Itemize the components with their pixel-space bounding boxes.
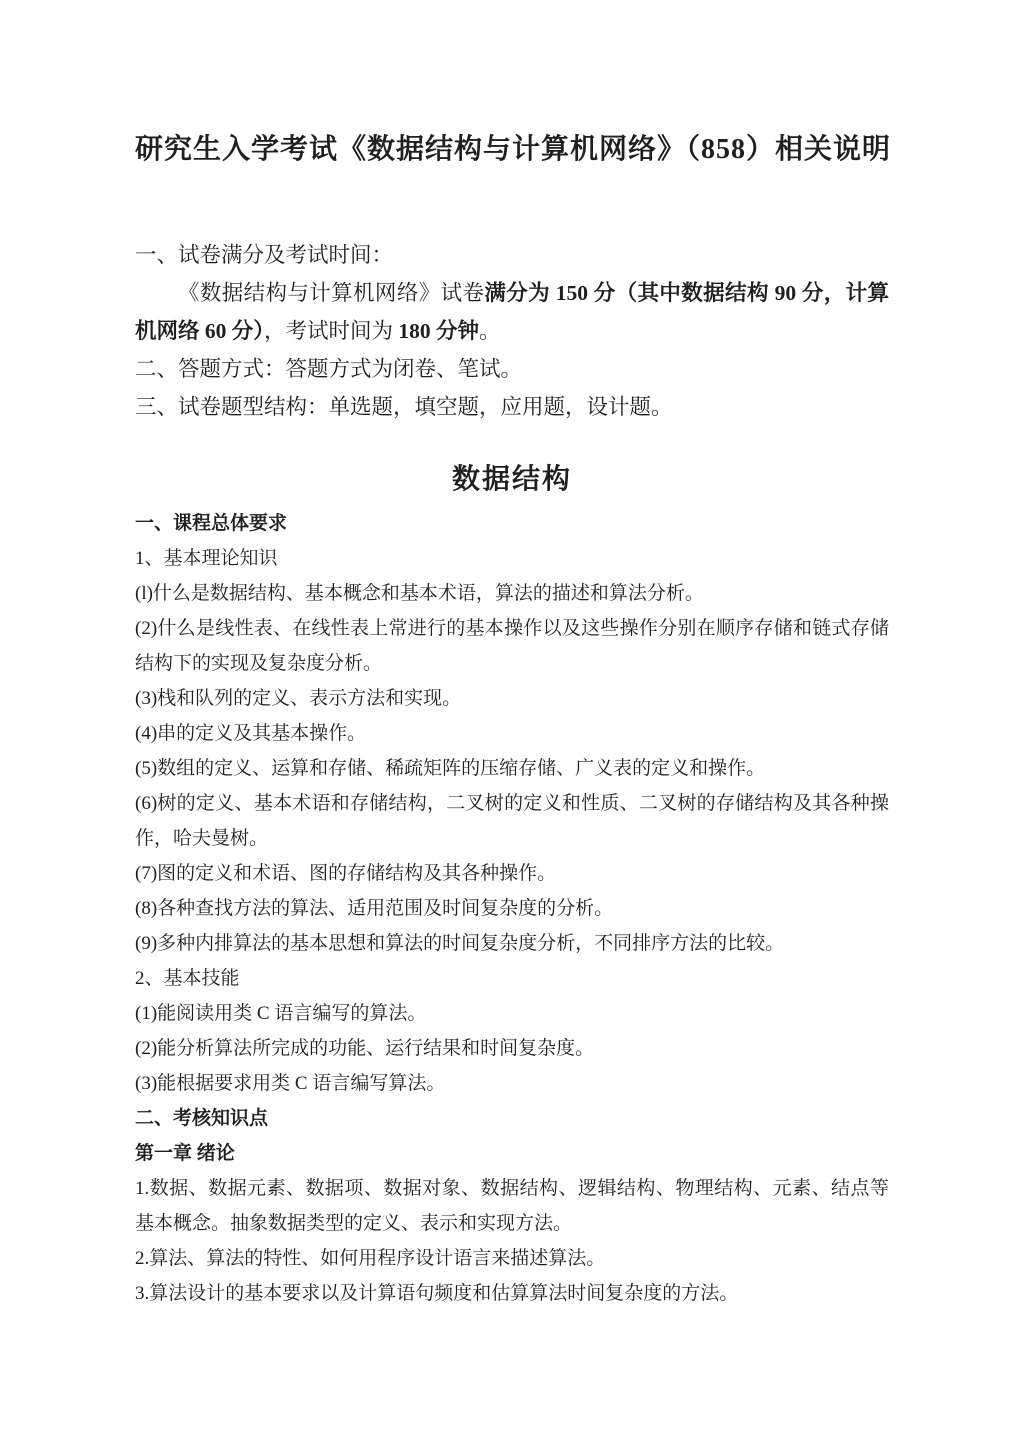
score-paragraph: 《数据结构与计算机网络》试卷满分为 150 分（其中数据结构 90 分，计算机网… [135, 274, 889, 350]
skills-item: (3)能根据要求用类 C 语言编写算法。 [135, 1066, 889, 1101]
basic-skills-heading: 2、基本技能 [135, 961, 889, 996]
question-types-line: 三、试卷题型结构：单选题，填空题，应用题，设计题。 [135, 388, 889, 426]
theory-item: (8)各种查找方法的算法、适用范围及时间复杂度的分析。 [135, 891, 889, 926]
theory-item: (7)图的定义和术语、图的存储结构及其各种操作。 [135, 856, 889, 891]
chapter1-item: 1.数据、数据元素、数据项、数据对象、数据结构、逻辑结构、物理结构、元素、结点等… [135, 1171, 889, 1241]
chapter1-item: 3.算法设计的基本要求以及计算语句频度和估算算法时间复杂度的方法。 [135, 1276, 889, 1311]
chapter1-heading: 第一章 绪论 [135, 1136, 889, 1171]
knowledge-points-heading: 二、考核知识点 [135, 1101, 889, 1136]
score-segment-5: 。 [479, 319, 501, 343]
theory-item: (9)多种内排算法的基本思想和算法的时间复杂度分析，不同排序方法的比较。 [135, 926, 889, 961]
data-structures-body: 一、课程总体要求 1、基本理论知识 (l)什么是数据结构、基本概念和基本术语，算… [135, 506, 889, 1311]
page-title: 研究生入学考试《数据结构与计算机网络》（858）相关说明 [135, 130, 889, 170]
chapter1-item: 2.算法、算法的特性、如何用程序设计语言来描述算法。 [135, 1241, 889, 1276]
score-segment-4: 180 分钟 [398, 319, 479, 343]
document-page: 研究生入学考试《数据结构与计算机网络》（858）相关说明 一、试卷满分及考试时间… [0, 0, 1024, 1448]
theory-item: (3)栈和队列的定义、表示方法和实现。 [135, 681, 889, 716]
skills-item: (1)能阅读用类 C 语言编写的算法。 [135, 996, 889, 1031]
theory-item: (5)数组的定义、运算和存储、稀疏矩阵的压缩存储、广义表的定义和操作。 [135, 751, 889, 786]
overall-requirements-heading: 一、课程总体要求 [135, 506, 889, 541]
answer-method-line: 二、答题方式：答题方式为闭卷、笔试。 [135, 350, 889, 388]
theory-item: (l)什么是数据结构、基本概念和基本术语，算法的描述和算法分析。 [135, 576, 889, 611]
theory-item: (2)什么是线性表、在线性表上常进行的基本操作以及这些操作分别在顺序存储和链式存… [135, 611, 889, 681]
score-segment-3: ，考试时间为 [264, 319, 398, 343]
basic-theory-heading: 1、基本理论知识 [135, 541, 889, 576]
exam-info-section: 一、试卷满分及考试时间： 《数据结构与计算机网络》试卷满分为 150 分（其中数… [135, 236, 889, 426]
skills-item: (2)能分析算法所完成的功能、运行结果和时间复杂度。 [135, 1031, 889, 1066]
exam-time-heading: 一、试卷满分及考试时间： [135, 236, 889, 274]
data-structures-heading: 数据结构 [135, 459, 889, 501]
score-segment-1: 《数据结构与计算机网络》试卷 [178, 281, 484, 305]
theory-item: (4)串的定义及其基本操作。 [135, 716, 889, 751]
theory-item: (6)树的定义、基本术语和存储结构，二叉树的定义和性质、二叉树的存储结构及其各种… [135, 786, 889, 856]
